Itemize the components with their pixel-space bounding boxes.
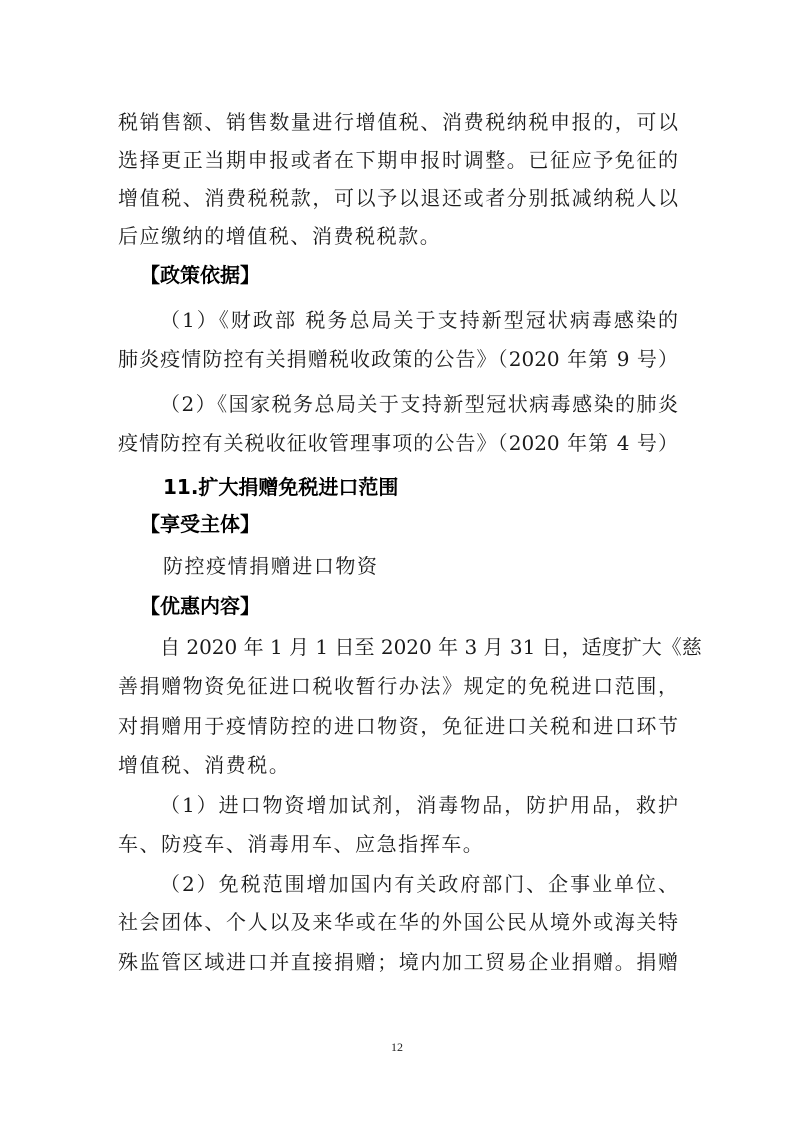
benefit-text-line: 增值税、消费税。: [118, 752, 678, 778]
document-page: 税销售额、销售数量进行增值税、消费税纳税申报的，可以 选择更正当期申报或者在下期…: [0, 0, 794, 1123]
benefit-text-line: 车、防疫车、消毒用车、应急指挥车。: [118, 831, 678, 857]
policy-reference-line: 疫情防控有关税收征收管理事项的公告》（2020 年第 4 号）: [118, 430, 678, 456]
body-text-line: 增值税、消费税税款，可以予以退还或者分别抵减纳税人以: [118, 185, 678, 211]
beneficiary-text: 防控疫情捐赠进口物资: [163, 553, 723, 579]
body-text-line: 选择更正当期申报或者在下期申报时调整。已征应予免征的: [118, 147, 678, 173]
benefit-text-line: 善捐赠物资免征进口税收暂行办法》规定的免税进口范围，: [118, 673, 678, 699]
benefit-heading: 【优惠内容】: [140, 593, 260, 619]
benefit-text-line: （1）进口物资增加试剂，消毒物品，防护用品，救护: [160, 792, 678, 818]
benefit-text-line: 殊监管区域进口并直接捐赠；境内加工贸易企业捐赠。捐赠: [118, 949, 678, 975]
section-title: 11.扩大捐赠免税进口范围: [163, 474, 398, 500]
policy-basis-heading: 【政策依据】: [140, 262, 260, 288]
beneficiary-heading: 【享受主体】: [140, 511, 260, 537]
policy-reference-line: （1）《财政部 税务总局关于支持新型冠状病毒感染的: [160, 307, 678, 333]
benefit-text-line: 社会团体、个人以及来华或在华的外国公民从境外或海关特: [118, 909, 678, 935]
body-text-line: 后应缴纳的增值税、消费税税款。: [118, 223, 678, 249]
benefit-text-line: （2）免税范围增加国内有关政府部门、企事业单位、: [160, 871, 678, 897]
body-text-line: 税销售额、销售数量进行增值税、消费税纳税申报的，可以: [118, 109, 678, 135]
policy-reference-line: 肺炎疫情防控有关捐赠税收政策的公告》（2020 年第 9 号）: [118, 346, 678, 372]
benefit-text-line: 对捐赠用于疫情防控的进口物资，免征进口关税和进口环节: [118, 713, 678, 739]
benefit-text-line: 自 2020 年 1 月 1 日至 2020 年 3 月 31 日，适度扩大《慈: [160, 634, 678, 660]
policy-reference-line: （2）《国家税务总局关于支持新型冠状病毒感染的肺炎: [160, 391, 678, 417]
page-number: 12: [0, 1040, 794, 1055]
